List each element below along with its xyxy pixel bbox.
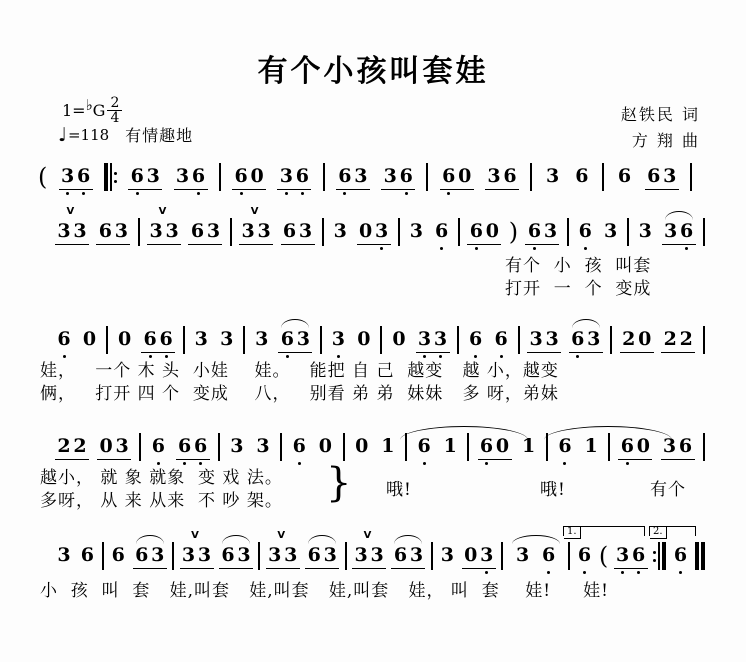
note-char: 6 xyxy=(97,221,113,242)
repeat-dot xyxy=(114,180,117,183)
note-char: 6 xyxy=(110,545,126,566)
octave-dot xyxy=(380,247,383,250)
lyric-line-verse1-c: 越小， 就 象 就象 变 戏 法。 xyxy=(40,463,283,488)
note-group: 0 xyxy=(355,328,373,352)
note-char: 3 xyxy=(662,166,678,187)
note-char: 6 xyxy=(191,166,207,187)
note-char: 3 xyxy=(113,221,129,242)
note-char: 3 xyxy=(236,545,252,566)
lyric-youge: 有个 xyxy=(650,475,686,500)
breath-mark: V xyxy=(251,206,259,217)
note-group: 36 xyxy=(277,165,311,190)
note-group: 0 xyxy=(316,435,334,459)
thin-bar xyxy=(567,218,569,246)
note-group: 66 xyxy=(141,328,175,353)
note-char: 1 xyxy=(380,436,396,457)
note-char: 0 xyxy=(356,329,372,350)
lyric-line-verse1-b: 娃， 一个 木 头 小娃 娃。 能把 自 己 越变 越 小，越变 xyxy=(40,356,559,381)
note-char: 3 xyxy=(278,166,294,187)
music-line-1: (36633660366336603636663 xyxy=(38,160,692,194)
note-group: 66 xyxy=(176,435,210,460)
note-char: 3 xyxy=(148,221,164,242)
thin-bar xyxy=(345,542,347,570)
note-char: 3 xyxy=(374,221,390,242)
barline xyxy=(172,542,174,570)
barline xyxy=(431,542,433,570)
barline xyxy=(106,326,108,354)
barline xyxy=(458,218,460,246)
note-group: 36 xyxy=(59,165,93,190)
breath-mark: V xyxy=(364,530,372,541)
barline xyxy=(380,326,382,354)
octave-dot xyxy=(447,192,450,195)
octave-dot xyxy=(584,247,587,250)
lyric-line-verse2-a: 打开 一 个 变成 xyxy=(505,274,651,299)
barline xyxy=(530,163,532,191)
note-char: 6 xyxy=(574,166,590,187)
note-char: 6 xyxy=(441,166,457,187)
note-char: 6 xyxy=(129,166,145,187)
note-char: 2 xyxy=(678,329,694,350)
note-group: 1 xyxy=(379,435,397,459)
note-char: 3 xyxy=(479,545,495,566)
barline xyxy=(398,218,400,246)
repeat-dot xyxy=(653,551,656,554)
note-char: 3 xyxy=(150,545,166,566)
note-char: 0 xyxy=(463,545,479,566)
note-char: 3 xyxy=(615,545,631,566)
note-char: 6 xyxy=(576,545,592,566)
note-char: 0 xyxy=(249,166,265,187)
note-char: 3 xyxy=(181,545,197,566)
note-char: 0 xyxy=(82,329,98,350)
note-char: 3 xyxy=(256,221,272,242)
thin-bar xyxy=(431,542,433,570)
barline xyxy=(183,326,185,354)
repeat-dots xyxy=(114,172,117,183)
thick-bar xyxy=(695,542,699,570)
barline xyxy=(703,326,705,354)
octave-dot xyxy=(82,192,85,195)
octave-dot xyxy=(197,192,200,195)
octave-dot xyxy=(533,247,536,250)
note-group: 22 xyxy=(55,435,89,460)
note-char: 6 xyxy=(337,166,353,187)
thin-bar xyxy=(219,163,221,191)
note-group: V33 xyxy=(239,220,273,245)
note-char: 0 xyxy=(98,436,114,457)
note-group: 03 xyxy=(357,220,391,245)
note-group: 63 xyxy=(569,328,603,353)
note-char: 6 xyxy=(134,545,150,566)
note-char: 6 xyxy=(294,166,310,187)
note-group: 63 xyxy=(525,220,559,245)
quarter-note-icon: ♩ xyxy=(58,124,67,146)
parenthesis: ( xyxy=(38,164,47,190)
note-group: 36 xyxy=(509,544,563,568)
note-group: 0 xyxy=(81,328,99,352)
barline xyxy=(690,163,692,191)
note-group: V33 xyxy=(180,544,214,569)
note-group: 36 xyxy=(662,220,696,245)
octave-dot xyxy=(66,192,69,195)
octave-dot xyxy=(298,462,301,465)
note-char: 2 xyxy=(56,436,72,457)
note-char: 3 xyxy=(219,329,235,350)
thin-bar xyxy=(627,218,629,246)
octave-dot xyxy=(685,247,688,250)
barline xyxy=(695,542,705,570)
note-group: 3 xyxy=(254,435,272,459)
note-char: 3 xyxy=(353,545,369,566)
note-char: 3 xyxy=(283,545,299,566)
thin-bar xyxy=(703,218,705,246)
parenthesis: ) xyxy=(509,219,518,245)
thick-bar xyxy=(701,542,705,570)
note-char: 6 xyxy=(646,166,662,187)
note-char: 3 xyxy=(229,436,245,457)
note-char: 6 xyxy=(678,436,694,457)
octave-dot xyxy=(285,192,288,195)
note-group: 0 xyxy=(116,328,134,352)
note-group: 3 xyxy=(192,328,210,352)
note-char: 3 xyxy=(145,166,161,187)
note-char: 6 xyxy=(189,221,205,242)
note-char: 3 xyxy=(322,545,338,566)
note-char: 6 xyxy=(158,329,174,350)
tempo-value: =118 xyxy=(68,126,109,144)
thin-bar xyxy=(610,326,612,354)
note-char: 6 xyxy=(631,545,647,566)
barline xyxy=(138,218,140,246)
note-char: 3 xyxy=(542,221,558,242)
repeat-dot xyxy=(114,172,117,175)
note-group: 6 xyxy=(109,544,127,568)
note-char: 3 xyxy=(603,221,619,242)
note-group: 3 xyxy=(253,328,271,352)
slur-arc xyxy=(136,535,164,544)
note-char: 6 xyxy=(526,221,542,242)
note-char: 3 xyxy=(254,329,270,350)
note-char: 6 xyxy=(306,545,322,566)
note-char: 3 xyxy=(332,221,348,242)
note-char: 3 xyxy=(114,436,130,457)
barline xyxy=(323,163,325,191)
breath-mark: V xyxy=(277,530,285,541)
note-char: 6 xyxy=(468,221,484,242)
barline xyxy=(426,163,428,191)
barline xyxy=(218,433,220,461)
note-group: 3 xyxy=(55,544,73,568)
lyric-line-final: 小 孩 叫 套 娃,叫套 娃,叫套 娃,叫套 娃， 叫 套 娃! 娃! xyxy=(40,576,609,601)
note-char: 6 xyxy=(392,545,408,566)
note-group: 3 xyxy=(331,220,349,244)
note-char: 3 xyxy=(408,221,424,242)
barline xyxy=(230,218,232,246)
repeat-dots xyxy=(653,551,656,562)
note-group: 6 xyxy=(575,544,593,568)
note-group: 3 xyxy=(636,220,654,244)
thin-bar xyxy=(230,218,232,246)
note-group: 6 xyxy=(78,544,96,568)
note-group: 6 xyxy=(467,328,485,352)
note-char: 6 xyxy=(79,545,95,566)
song-title: 有个小孩叫套娃 xyxy=(0,46,746,90)
parenthesis: ( xyxy=(599,543,608,569)
thin-bar xyxy=(343,433,345,461)
thin-bar xyxy=(457,326,459,354)
note-char: 6 xyxy=(434,221,450,242)
octave-dot xyxy=(679,571,682,574)
note-group: 36 xyxy=(614,544,648,569)
barline xyxy=(219,163,221,191)
volta-label-2: 2. xyxy=(650,526,667,539)
thin-bar xyxy=(426,163,428,191)
barline xyxy=(104,163,117,191)
note-char: 3 xyxy=(164,221,180,242)
note-char: 3 xyxy=(486,166,502,187)
barline xyxy=(322,218,324,246)
note-char: 3 xyxy=(255,436,271,457)
note-group: 20 xyxy=(620,328,654,353)
note-group: 6 xyxy=(433,220,451,244)
thin-bar xyxy=(106,326,108,354)
repeat-dot xyxy=(653,559,656,562)
barline xyxy=(345,542,347,570)
octave-dot xyxy=(240,192,243,195)
note-char: 6 xyxy=(142,329,158,350)
note-group: 63 xyxy=(281,220,315,245)
note-group: 0 xyxy=(353,435,371,459)
octave-dot xyxy=(343,192,346,195)
slur-arc xyxy=(281,319,309,328)
note-char: 2 xyxy=(662,329,678,350)
note-group: 63 xyxy=(645,165,679,190)
note-char: 3 xyxy=(382,166,398,187)
music-line-5: 36663V3363V3363V3363303366(366 xyxy=(55,539,705,573)
note-char: 3 xyxy=(439,545,455,566)
note-char: 3 xyxy=(586,329,602,350)
note-char: 6 xyxy=(279,329,295,350)
note-char: 6 xyxy=(468,329,484,350)
octave-dot xyxy=(637,571,640,574)
note-group: 36 xyxy=(381,165,415,190)
verse-brace: } xyxy=(326,460,351,506)
note-char: 3 xyxy=(417,329,433,350)
key-signature: 1=♭G 2 4 xyxy=(62,96,122,125)
thick-bar xyxy=(104,163,108,191)
barline xyxy=(568,542,570,570)
music-line-3: 6006633363300336633632022 xyxy=(55,323,705,357)
slur-arc xyxy=(394,535,422,544)
note-char: 0 xyxy=(317,436,333,457)
note-group: 6 xyxy=(290,435,308,459)
note-char: 6 xyxy=(570,329,586,350)
note-char: 0 xyxy=(457,166,473,187)
thin-bar xyxy=(320,326,322,354)
thin-bar xyxy=(322,218,324,246)
note-char: 3 xyxy=(56,545,72,566)
slur-arc xyxy=(308,535,336,544)
note-char: 0 xyxy=(484,221,500,242)
note-char: 6 xyxy=(493,329,509,350)
barline xyxy=(343,433,345,461)
slur-arc-1 xyxy=(400,426,528,440)
barline xyxy=(243,326,245,354)
lyric-oh-2: 哦! xyxy=(540,475,566,500)
octave-dot xyxy=(405,192,408,195)
note-char: 3 xyxy=(298,221,314,242)
note-group: 03 xyxy=(97,435,131,460)
note-group: 63 xyxy=(305,544,339,569)
note-char: 3 xyxy=(637,221,653,242)
sheet-music-page: 有个小孩叫套娃 1=♭G 2 4 ♩=118有情趣地 赵铁民 词 方 翔 曲 (… xyxy=(0,0,746,662)
barline xyxy=(627,218,629,246)
note-group: 22 xyxy=(661,328,695,353)
note-group: 60 xyxy=(440,165,474,190)
thin-bar xyxy=(602,163,604,191)
note-char: 3 xyxy=(267,545,283,566)
barline xyxy=(457,326,459,354)
note-char: 3 xyxy=(408,545,424,566)
octave-dot xyxy=(485,462,488,465)
thin-bar xyxy=(530,163,532,191)
note-group: 3 xyxy=(438,544,456,568)
thin-bar xyxy=(218,433,220,461)
thin-bar xyxy=(110,163,112,191)
thin-bar xyxy=(183,326,185,354)
thin-bar xyxy=(690,163,692,191)
note-char: 6 xyxy=(398,166,414,187)
thin-bar xyxy=(501,542,503,570)
thin-bar xyxy=(138,218,140,246)
note-group: 6 xyxy=(492,328,510,352)
slur-arc xyxy=(512,535,560,544)
octave-dot xyxy=(576,355,579,358)
note-group: 63 xyxy=(96,220,130,245)
barline xyxy=(518,326,520,354)
lyric-oh-1: 哦! xyxy=(386,475,412,500)
key-prefix: 1= xyxy=(62,101,86,120)
note-char: 0 xyxy=(391,329,407,350)
note-group: 3 xyxy=(228,435,246,459)
note-char: 6 xyxy=(177,436,193,457)
note-char: 6 xyxy=(56,329,72,350)
note-group: 6 xyxy=(672,544,690,568)
note-char: 6 xyxy=(76,166,92,187)
flat-icon: ♭ xyxy=(86,96,93,114)
note-group: 63 xyxy=(128,165,162,190)
octave-dot xyxy=(301,192,304,195)
note-char: 6 xyxy=(502,166,518,187)
note-group: 63 xyxy=(278,328,312,353)
octave-dot xyxy=(563,462,566,465)
barline xyxy=(102,542,104,570)
lyricist-credit: 赵铁民 词 xyxy=(621,102,700,128)
note-char: 3 xyxy=(193,329,209,350)
octave-dot xyxy=(547,571,550,574)
note-group: V33 xyxy=(55,220,89,245)
note-char: 3 xyxy=(515,545,531,566)
thin-bar xyxy=(458,218,460,246)
thin-bar xyxy=(380,326,382,354)
barline xyxy=(280,433,282,461)
breath-mark: V xyxy=(67,206,75,217)
note-char: 2 xyxy=(72,436,88,457)
note-group: 3 xyxy=(218,328,236,352)
note-char: 3 xyxy=(528,329,544,350)
thin-bar xyxy=(280,433,282,461)
slur-arc xyxy=(572,319,600,328)
lyric-line-verse2-c: 多呀， 从 来 从来 不 吵 架。 xyxy=(40,486,283,511)
volta-label-1: 1. xyxy=(564,526,581,539)
note-group: 03 xyxy=(462,544,496,569)
barline xyxy=(567,218,569,246)
note-group: 33 xyxy=(527,328,561,353)
note-char: 3 xyxy=(545,166,561,187)
note-group: 60 xyxy=(467,220,501,245)
note-group: 6 xyxy=(55,328,73,352)
octave-dot xyxy=(621,571,624,574)
note-char: 6 xyxy=(282,221,298,242)
lyric-line-verse2-b: 俩， 打开 四 个 变成 八， 别看 弟 弟 妹妹 多 呀，弟妹 xyxy=(40,379,559,404)
thin-bar xyxy=(323,163,325,191)
meter-numerator: 2 xyxy=(107,96,122,111)
note-group: 3 xyxy=(602,220,620,244)
octave-dot xyxy=(136,192,139,195)
thin-bar xyxy=(102,542,104,570)
note-char: 3 xyxy=(663,221,679,242)
note-char: 6 xyxy=(541,545,557,566)
note-char: 3 xyxy=(544,329,560,350)
slur-arc xyxy=(665,211,693,220)
note-char: 3 xyxy=(72,221,88,242)
note-group: 63 xyxy=(219,544,253,569)
note-char: 6 xyxy=(220,545,236,566)
note-char: 3 xyxy=(197,545,213,566)
note-group: 36 xyxy=(174,165,208,190)
barline xyxy=(703,218,705,246)
note-group: 36 xyxy=(485,165,519,190)
note-group: 63 xyxy=(391,544,425,569)
barline xyxy=(320,326,322,354)
note-group: V33 xyxy=(352,544,386,569)
note-char: 0 xyxy=(358,221,374,242)
music-line-2: V3363V3363V33633033660)6363336 xyxy=(55,215,705,249)
octave-dot xyxy=(583,571,586,574)
slur-arc xyxy=(222,535,250,544)
octave-dot xyxy=(440,247,443,250)
thin-bar xyxy=(703,433,705,461)
barline xyxy=(258,542,260,570)
thin-bar xyxy=(139,433,141,461)
credits-block: 赵铁民 词 方 翔 曲 xyxy=(621,102,700,154)
note-group: 3 xyxy=(407,220,425,244)
barline xyxy=(139,433,141,461)
note-char: 3 xyxy=(369,545,385,566)
lyric-line-verse1-a: 有个 小 孩 叫套 xyxy=(505,251,651,276)
note-char: 6 xyxy=(291,436,307,457)
barline xyxy=(602,163,604,191)
thin-bar xyxy=(398,218,400,246)
note-char: 3 xyxy=(295,329,311,350)
barline xyxy=(610,326,612,354)
note-group: 3 xyxy=(329,328,347,352)
note-char: 3 xyxy=(433,329,449,350)
note-char: 0 xyxy=(637,329,653,350)
note-group: 63 xyxy=(188,220,222,245)
breath-mark: V xyxy=(159,206,167,217)
